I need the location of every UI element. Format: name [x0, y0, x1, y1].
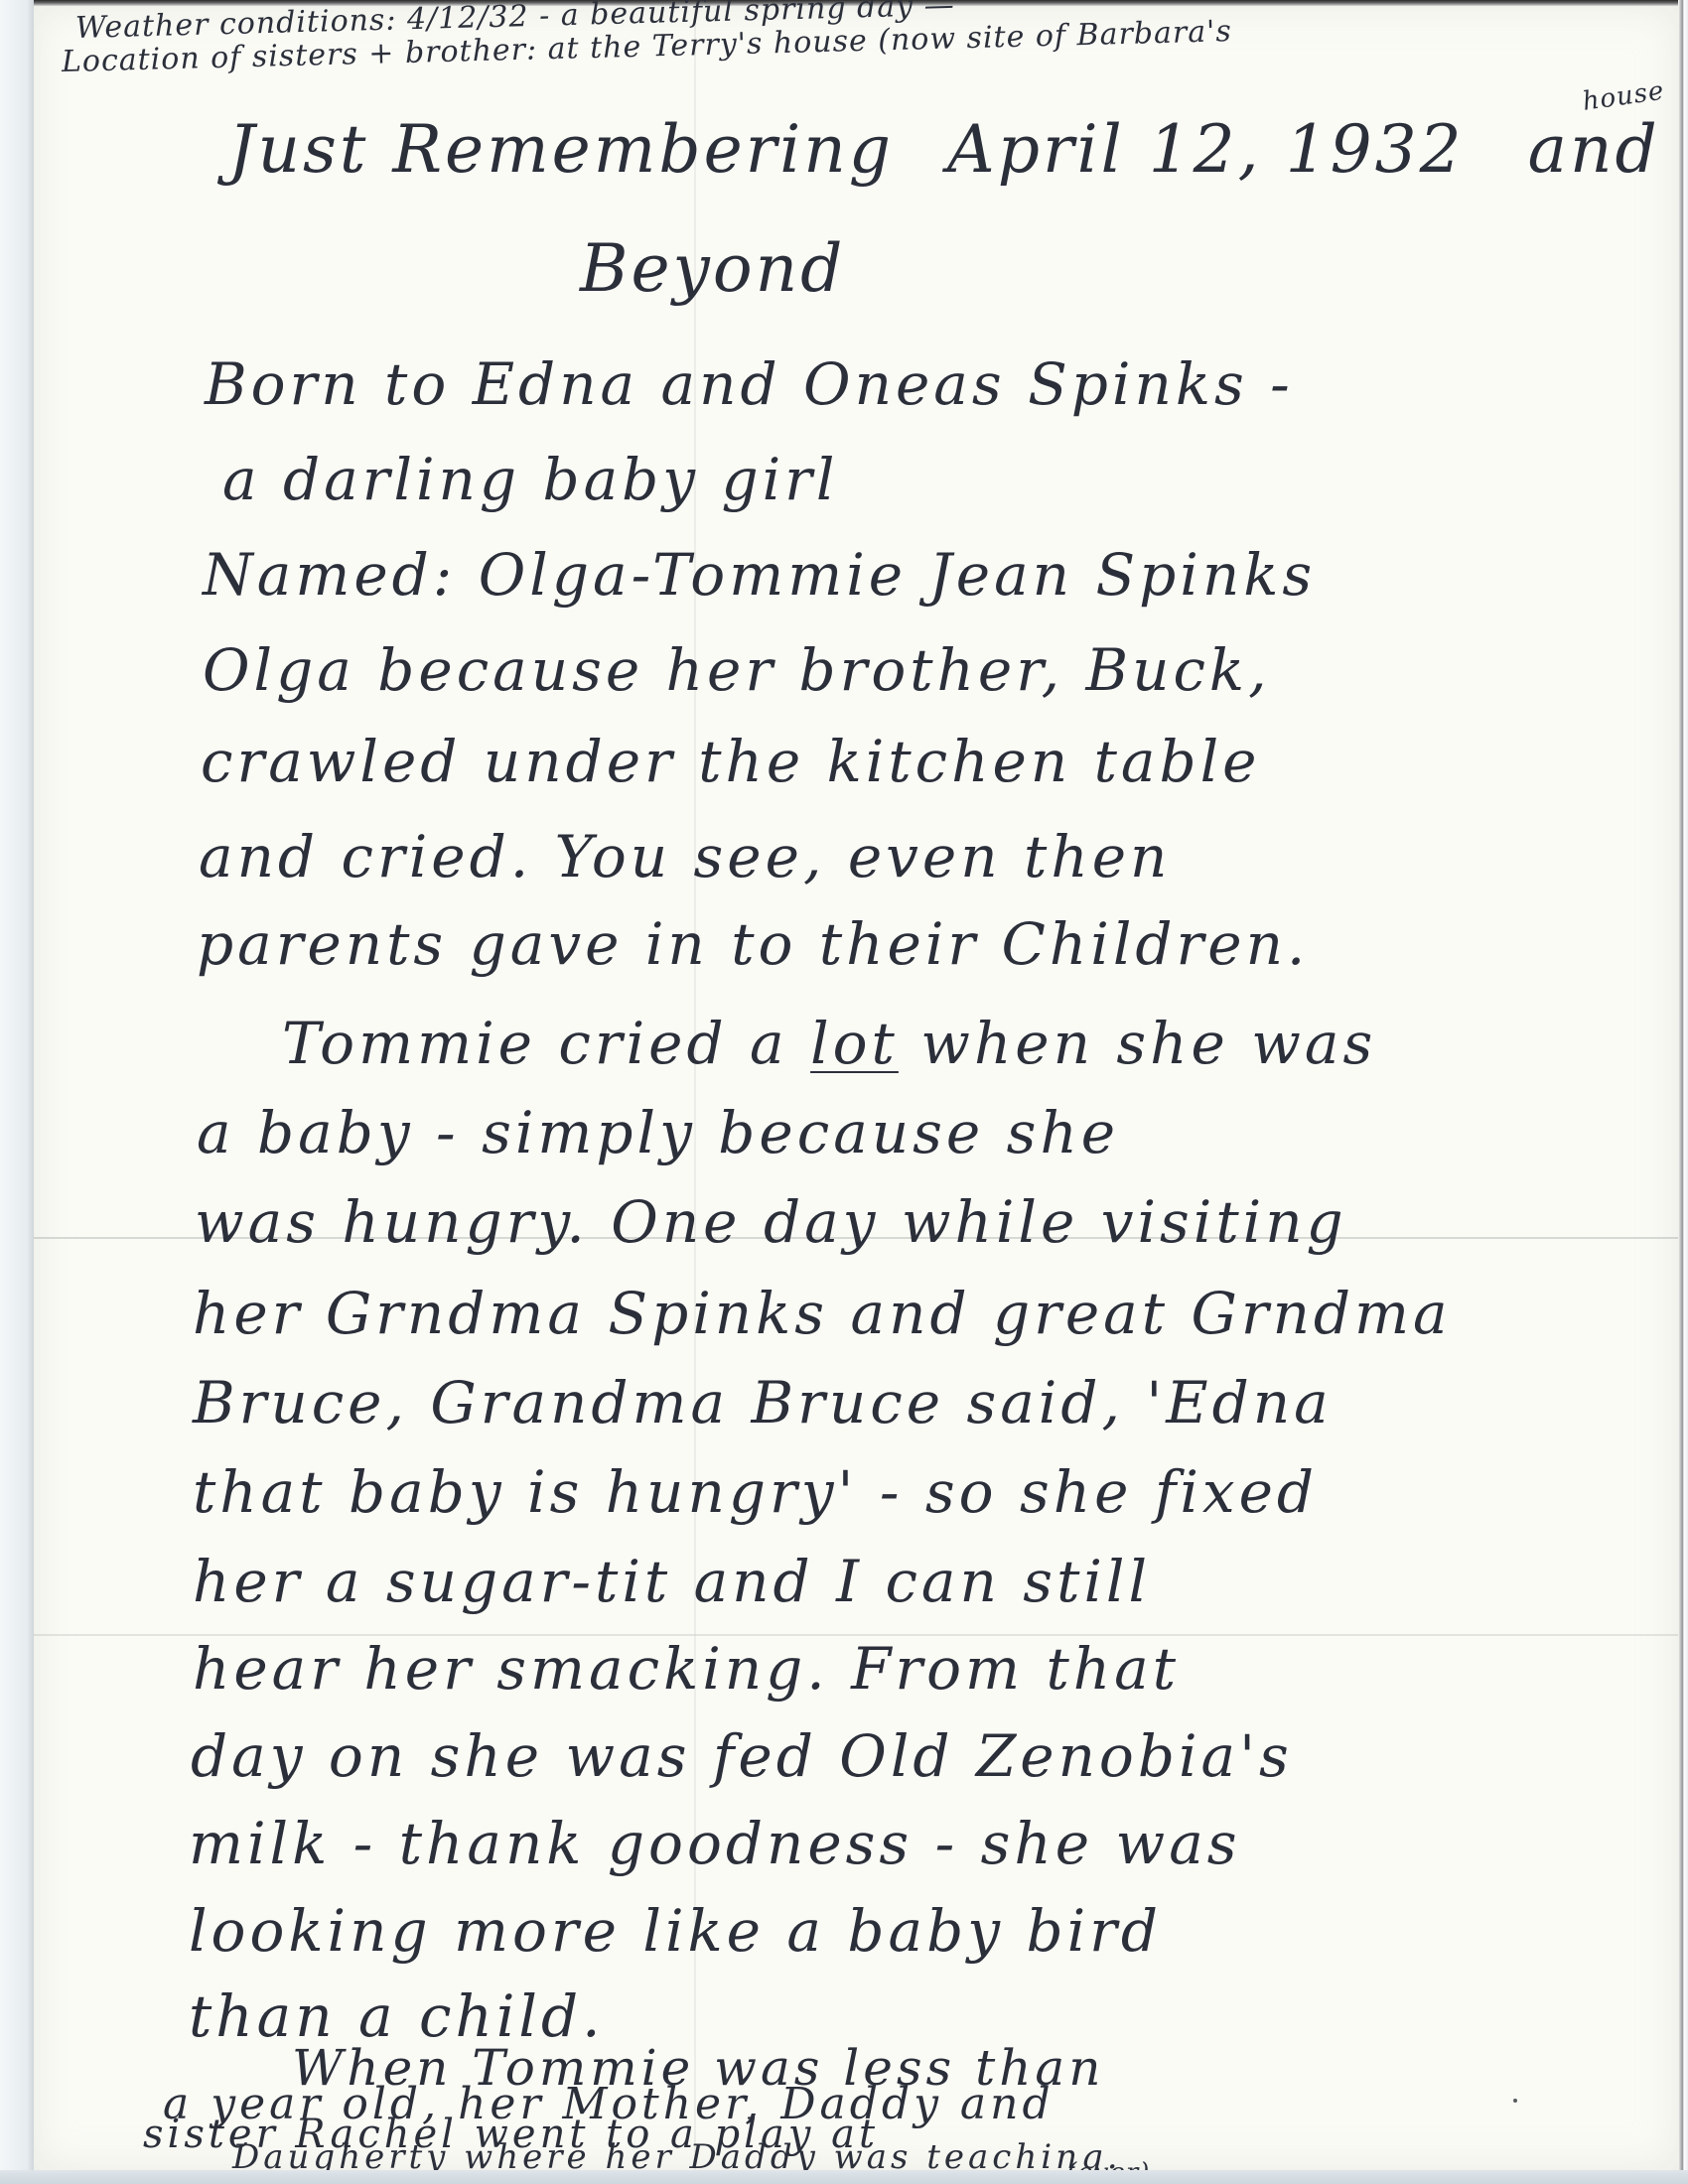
letter-line: her Grndma Spinks and great Grndma [193, 1285, 1452, 1342]
letter-line: day on she was fed Old Zenobia's [191, 1727, 1293, 1785]
letter-line: and cried. You see, even then [199, 828, 1171, 886]
scanner-left-strip [0, 0, 34, 2184]
letter-line: Named: Olga-Tommie Jean Spinks [203, 546, 1316, 604]
letter-line: Born to Edna and Oneas Spinks - [205, 355, 1294, 413]
letter-line: Bruce, Grandma Bruce said, 'Edna [193, 1374, 1333, 1432]
letter-line: a darling baby girl [222, 451, 838, 508]
line-text: when she was [899, 1010, 1376, 1077]
letter-line: milk - thank goodness - she was [189, 1815, 1241, 1872]
location-note-continuation: house [1581, 78, 1666, 115]
title-suffix: and [1528, 111, 1660, 188]
title-date: April 12, 1932 [947, 111, 1465, 188]
letter-line: Olga because her brother, Buck, [203, 641, 1271, 699]
letter-line: hear her smacking. From that [193, 1640, 1180, 1698]
letter-line: her a sugar-tit and I can still [193, 1553, 1151, 1610]
page-title-line1: Just Remembering April 12, 1932 and [228, 117, 1660, 183]
letter-line: Daugherty where her Daddy was teaching. [232, 2140, 1122, 2174]
scanned-page: Weather conditions: 4/12/32 - a beautifu… [0, 0, 1688, 2184]
letter-line: a baby - simply because she [197, 1104, 1119, 1161]
letter-paper: Weather conditions: 4/12/32 - a beautifu… [34, 6, 1678, 2170]
scanner-bottom-strip [0, 2170, 1688, 2184]
letter-line-emphasis: Tommie cried a lot when she was [282, 1015, 1376, 1072]
line-text: Tommie cried a [282, 1010, 810, 1077]
letter-line: parents gave in to their Children. [197, 915, 1309, 973]
underlined-word: lot [810, 1010, 899, 1077]
paper-right-edge [1678, 0, 1688, 2184]
page-title-line2: Beyond [580, 236, 845, 302]
letter-line: than a child. [189, 1987, 605, 2045]
letter-line: that baby is hungry' - so she fixed [193, 1463, 1318, 1521]
letter-line: looking more like a baby bird [189, 1902, 1162, 1960]
title-prefix: Just Remembering [228, 111, 894, 188]
letter-line: crawled under the kitchen table [201, 733, 1260, 790]
letter-line: was hungry. One day while visiting [195, 1193, 1347, 1251]
paper-speck [1513, 2099, 1517, 2103]
